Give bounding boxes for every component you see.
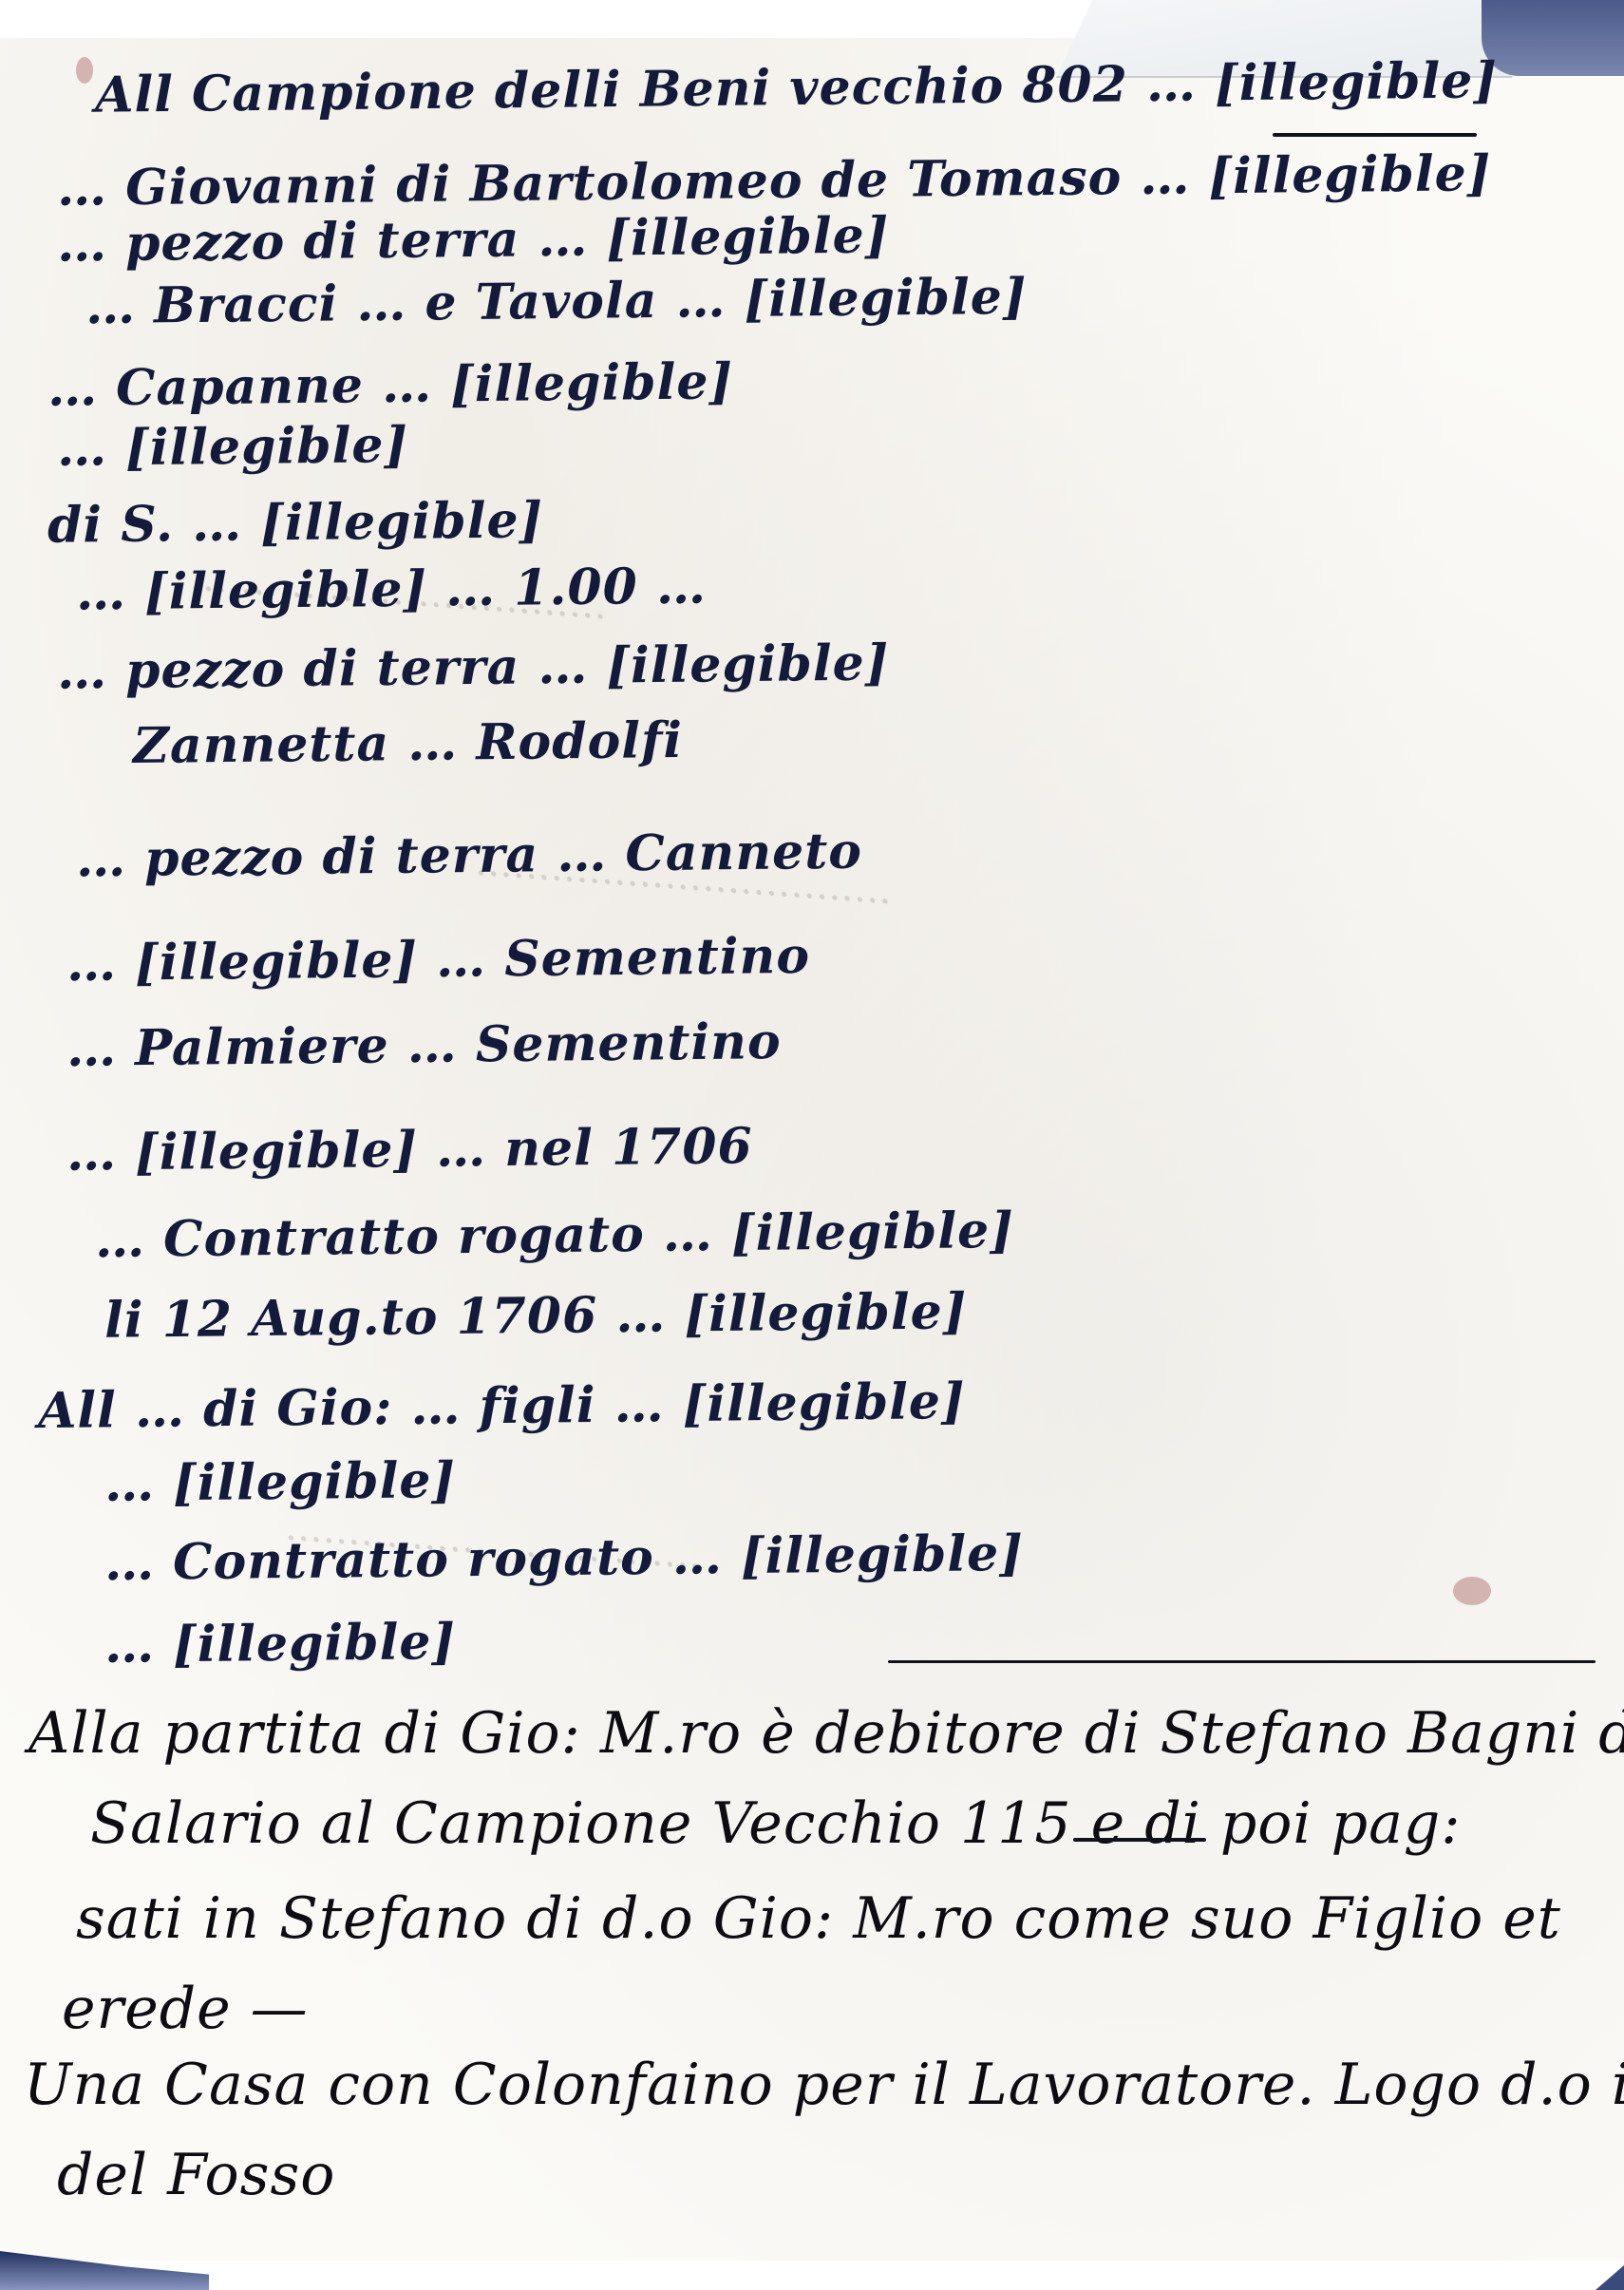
background-surface-corner (1596, 2265, 1624, 2290)
upper-line-8: … [illegible] … 1.00 … (76, 558, 708, 622)
ink-stain (76, 57, 93, 84)
upper-line-12: … [illegible] … Sementino (66, 927, 811, 993)
upper-line-16: li 12 Aug.to 1706 … [illegible] (104, 1282, 968, 1350)
section-divider-rule (888, 1660, 1596, 1663)
upper-line-18: … [illegible] (104, 1451, 457, 1513)
upper-line-11: … pezzo di terra … Canneto (76, 823, 862, 889)
upper-line-4: … Bracci … e Tavola … [illegible] (85, 268, 1028, 335)
upper-line-13: … Palmiere … Sementino (66, 1013, 782, 1078)
upper-line-15: … Contratto rogato … [illegible] (95, 1202, 1014, 1269)
background-surface (1482, 0, 1624, 76)
upper-line-17: All … di Gio: … figli … [illegible] (38, 1372, 966, 1440)
lower-line-4: erede — (62, 1976, 309, 2042)
upper-line-10: Zannetta … Rodolfi (133, 711, 684, 775)
lower-line-2: Salario al Campione Vecchio 115 e di poi… (90, 1790, 1461, 1857)
upper-line-6: … [illegible] (57, 416, 409, 478)
upper-line-14: … [illegible] … nel 1706 (66, 1117, 753, 1183)
upper-line-7: di S. … [illegible] (47, 491, 544, 554)
upper-line-19: … Contratto rogato … [illegible] (104, 1524, 1024, 1592)
lower-line-5: Una Casa con Colonfaino per il Lavorator… (24, 2052, 1624, 2118)
ink-stain (1453, 1577, 1491, 1605)
upper-line-5: … Capanne … [illegible] (47, 352, 734, 418)
upper-line-20: … [illegible] (104, 1613, 457, 1675)
upper-line-3: … pezzo di terra … [illegible] (57, 206, 890, 273)
underline-115 (1073, 1838, 1206, 1842)
lower-line-6: del Fosso (57, 2142, 335, 2208)
lower-line-1: Alla partita di Gio: M.ro è debitore di … (28, 1700, 1624, 1767)
lower-line-3: sati in Stefano di d.o Gio: M.ro come su… (76, 1885, 1561, 1952)
underline-802 (1273, 133, 1477, 137)
upper-line-9: … pezzo di terra … [illegible] (57, 634, 890, 700)
